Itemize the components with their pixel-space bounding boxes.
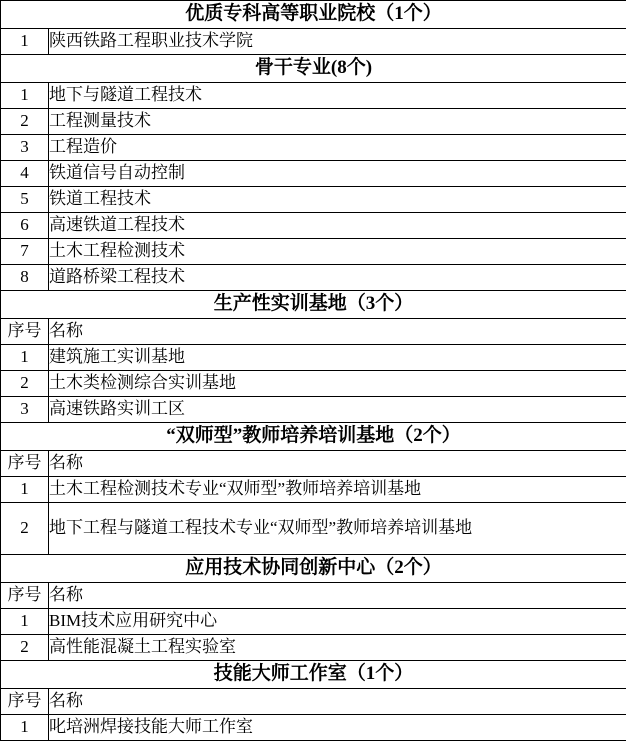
row-number: 8 xyxy=(1,265,49,291)
column-header-row: 序号名称 xyxy=(1,583,626,609)
section-title: 骨干专业(8个) xyxy=(1,55,626,83)
row-name: 工程造价 xyxy=(49,135,626,161)
section-header-row: 骨干专业(8个) xyxy=(1,55,626,83)
column-header-row: 序号名称 xyxy=(1,319,626,345)
table-row: 3高速铁路实训工区 xyxy=(1,397,626,423)
table-row: 7土木工程检测技术 xyxy=(1,239,626,265)
row-number: 6 xyxy=(1,213,49,239)
row-number: 3 xyxy=(1,135,49,161)
table-row: 3工程造价 xyxy=(1,135,626,161)
column-header-row: 序号名称 xyxy=(1,689,626,715)
row-number: 1 xyxy=(1,83,49,109)
table-row: 1建筑施工实训基地 xyxy=(1,345,626,371)
row-number: 2 xyxy=(1,109,49,135)
row-name: 高速铁道工程技术 xyxy=(49,213,626,239)
column-header-name: 名称 xyxy=(49,583,626,609)
section-title: 技能大师工作室（1个） xyxy=(1,661,626,689)
row-number: 1 xyxy=(1,609,49,635)
column-header-no: 序号 xyxy=(1,451,49,477)
row-name: 土木工程检测技术专业“双师型”教师培养培训基地 xyxy=(49,477,626,503)
row-number: 1 xyxy=(1,715,49,741)
section-title: “双师型”教师培养培训基地（2个） xyxy=(1,423,626,451)
row-number: 3 xyxy=(1,397,49,423)
table-row: 6高速铁道工程技术 xyxy=(1,213,626,239)
row-name: 高速铁路实训工区 xyxy=(49,397,626,423)
column-header-row: 序号名称 xyxy=(1,451,626,477)
column-header-name: 名称 xyxy=(49,451,626,477)
row-name: 道路桥梁工程技术 xyxy=(49,265,626,291)
section-header-row: 应用技术协同创新中心（2个） xyxy=(1,555,626,583)
table-row: 1BIM技术应用研究中心 xyxy=(1,609,626,635)
row-number: 1 xyxy=(1,477,49,503)
section-title: 生产性实训基地（3个） xyxy=(1,291,626,319)
row-name: 建筑施工实训基地 xyxy=(49,345,626,371)
row-name: 土木工程检测技术 xyxy=(49,239,626,265)
table-row: 1土木工程检测技术专业“双师型”教师培养培训基地 xyxy=(1,477,626,503)
row-name: 陕西铁路工程职业技术学院 xyxy=(49,29,626,55)
table-row: 2土木类检测综合实训基地 xyxy=(1,371,626,397)
row-number: 2 xyxy=(1,503,49,555)
row-name: 高性能混凝土工程实验室 xyxy=(49,635,626,661)
section-title: 优质专科高等职业院校（1个） xyxy=(1,1,626,29)
column-header-no: 序号 xyxy=(1,583,49,609)
row-name: 铁道信号自动控制 xyxy=(49,161,626,187)
table-row: 1叱培洲焊接技能大师工作室 xyxy=(1,715,626,741)
section-header-row: 技能大师工作室（1个） xyxy=(1,661,626,689)
row-number: 1 xyxy=(1,345,49,371)
column-header-no: 序号 xyxy=(1,689,49,715)
section-header-row: “双师型”教师培养培训基地（2个） xyxy=(1,423,626,451)
column-header-name: 名称 xyxy=(49,689,626,715)
row-number: 1 xyxy=(1,29,49,55)
section-title: 应用技术协同创新中心（2个） xyxy=(1,555,626,583)
row-name: 地下工程与隧道工程技术专业“双师型”教师培养培训基地 xyxy=(49,503,626,555)
row-number: 4 xyxy=(1,161,49,187)
table-row: 5铁道工程技术 xyxy=(1,187,626,213)
achievement-table: 优质专科高等职业院校（1个）1陕西铁路工程职业技术学院骨干专业(8个)1地下与隧… xyxy=(0,0,626,741)
row-number: 2 xyxy=(1,635,49,661)
section-header-row: 生产性实训基地（3个） xyxy=(1,291,626,319)
row-number: 5 xyxy=(1,187,49,213)
row-number: 2 xyxy=(1,371,49,397)
achievement-table-body: 优质专科高等职业院校（1个）1陕西铁路工程职业技术学院骨干专业(8个)1地下与隧… xyxy=(1,1,626,741)
column-header-no: 序号 xyxy=(1,319,49,345)
table-row: 4铁道信号自动控制 xyxy=(1,161,626,187)
section-header-row: 优质专科高等职业院校（1个） xyxy=(1,1,626,29)
table-row: 1陕西铁路工程职业技术学院 xyxy=(1,29,626,55)
table-row: 1地下与隧道工程技术 xyxy=(1,83,626,109)
row-name: 土木类检测综合实训基地 xyxy=(49,371,626,397)
row-name: 工程测量技术 xyxy=(49,109,626,135)
table-row: 2工程测量技术 xyxy=(1,109,626,135)
table-row: 2地下工程与隧道工程技术专业“双师型”教师培养培训基地 xyxy=(1,503,626,555)
row-number: 7 xyxy=(1,239,49,265)
column-header-name: 名称 xyxy=(49,319,626,345)
table-row: 2高性能混凝土工程实验室 xyxy=(1,635,626,661)
row-name: BIM技术应用研究中心 xyxy=(49,609,626,635)
row-name: 叱培洲焊接技能大师工作室 xyxy=(49,715,626,741)
row-name: 地下与隧道工程技术 xyxy=(49,83,626,109)
row-name: 铁道工程技术 xyxy=(49,187,626,213)
table-row: 8道路桥梁工程技术 xyxy=(1,265,626,291)
